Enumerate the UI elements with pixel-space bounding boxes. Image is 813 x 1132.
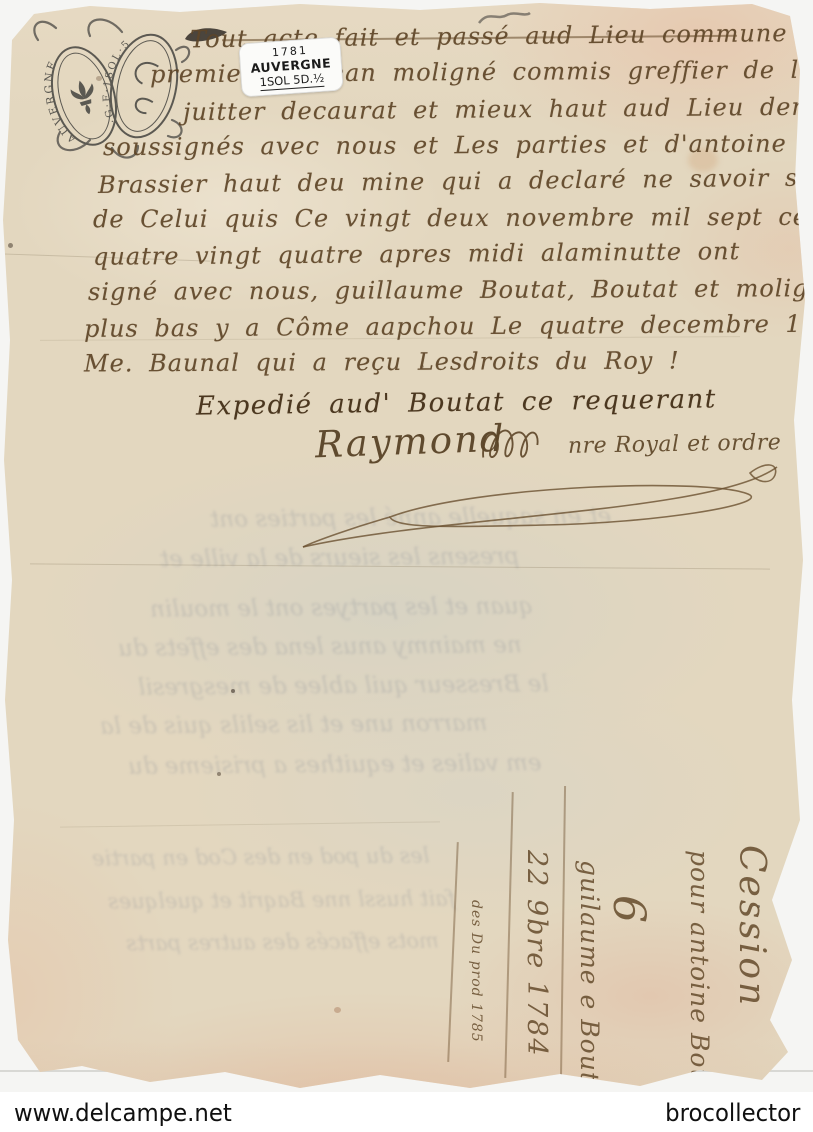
bleedthrough-line: quan et les partyes ont le moulin	[150, 593, 534, 622]
manuscript-line: juitter decaurat et mieux haut aud Lieu …	[183, 92, 813, 126]
bleedthrough-line: marron une et lis selils quis de la	[100, 710, 488, 739]
bleedthrough-line: les du pod en des Cod en partie	[92, 844, 430, 871]
endorsement-line: pour antoine Boulat	[685, 850, 714, 1121]
dorsal-endorsement: Cession pour antoine Boulat 6 guilaume e…	[410, 800, 780, 1080]
endorsement-title: Cession	[731, 845, 772, 1008]
stamp-value-text: ·G·F·1SOL·5D·	[94, 35, 158, 131]
bleedthrough-line: mots effacés des autres parts	[126, 929, 439, 956]
watermark-bar: www.delcampe.net brocollector	[0, 1092, 813, 1132]
watermark-site-right: brocollector	[665, 1099, 800, 1127]
signature-flourish	[295, 455, 785, 555]
watermark-site-left: www.delcampe.net	[14, 1099, 232, 1127]
paper-crease	[60, 821, 440, 827]
label-value: 1SOL 5D.½	[259, 71, 325, 91]
manuscript-line: signé avec nous, guillaume Boutat, Bouta…	[88, 274, 813, 306]
fleur-de-lis-icon	[69, 77, 101, 117]
manuscript-line: de Celui quis Ce vingt deux novembre mil…	[93, 203, 813, 234]
svg-text:·G·F·1SOL·5D·: ·G·F·1SOL·5D·	[94, 35, 158, 131]
bleedthrough-line: em valies et equithes a prisieme du	[128, 750, 542, 780]
bleedthrough-line: fait hussl nne Baqrit et quelques	[108, 886, 456, 913]
collector-label: 1781 AUVERGNE 1SOL 5D.½	[238, 37, 344, 98]
bleedthrough-line: le Bresseur quil ablee de mesgresil	[138, 671, 549, 701]
foxing-spot	[8, 243, 13, 248]
endorsement-number: 6	[603, 895, 654, 924]
scanned-document-photo: et en saquelle anné les parties ont pres…	[0, 0, 813, 1132]
foxing-spot	[334, 1007, 341, 1013]
bleedthrough-line: ne mainmy anus lena des effets du	[118, 632, 522, 662]
document-paper: et en saquelle anné les parties ont pres…	[0, 0, 813, 1132]
endorsement-note: des Du prod 1785	[468, 900, 484, 1043]
endorsement-date: 22 9bre 1784	[521, 850, 552, 1058]
manuscript-line: soussignés avec nous et Les parties et d…	[103, 129, 813, 161]
manuscript-line: plus bas y a Côme aapchou Le quatre dece…	[84, 309, 813, 343]
manuscript-line: quatre vingt quatre apres midi alaminutt…	[93, 237, 740, 271]
endorsement-line: guilaume e Boutat	[575, 860, 604, 1110]
manuscript-line: Me. Baunal qui a reçu Lesdroits du Roy !	[84, 346, 680, 377]
expedition-note-line: Expedié aud' Boutat ce requerant	[196, 384, 717, 421]
